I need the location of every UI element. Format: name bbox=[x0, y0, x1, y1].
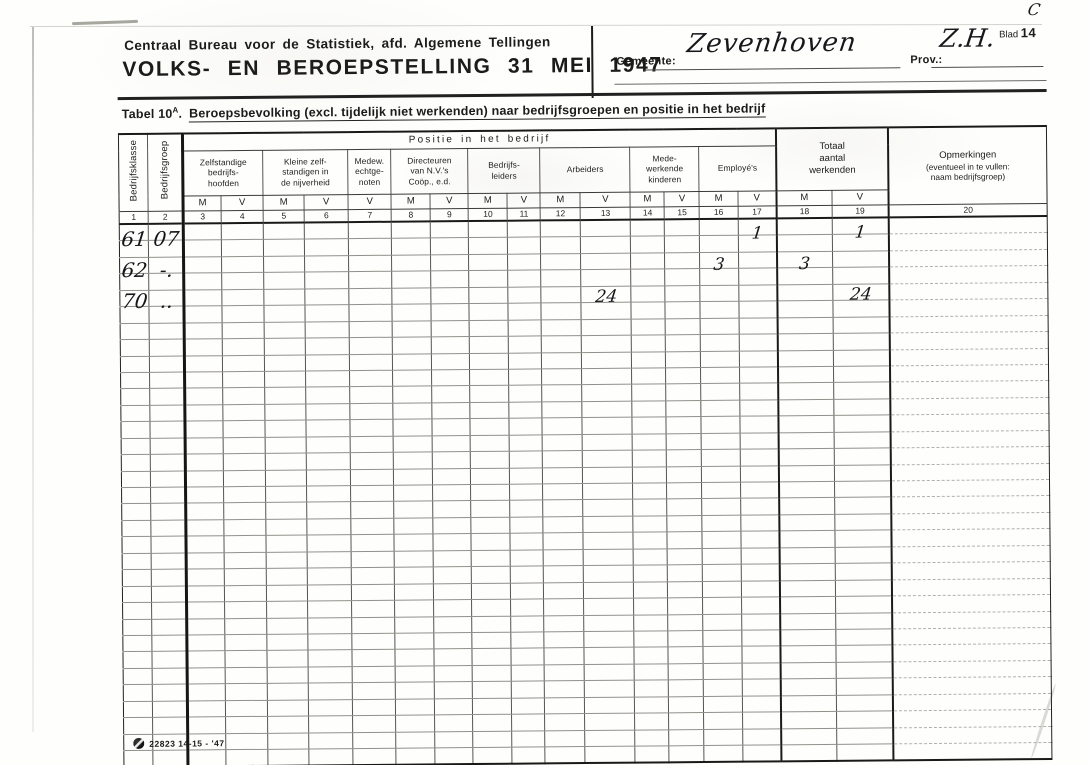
grid-cell bbox=[633, 549, 667, 566]
grid-cell bbox=[305, 305, 349, 322]
grid-cell bbox=[544, 664, 584, 681]
grid-cell bbox=[396, 731, 435, 748]
grid-cell bbox=[432, 369, 470, 386]
grid-cell bbox=[349, 272, 392, 289]
column-number: 7 bbox=[348, 209, 391, 222]
grid-cell bbox=[186, 520, 224, 537]
grid-cell bbox=[833, 399, 890, 416]
grid-cell bbox=[667, 515, 702, 532]
grid-cell bbox=[834, 415, 891, 432]
grid-cell bbox=[634, 664, 668, 681]
scanned-form: Centraal Bureau voor de Statistiek, afd.… bbox=[0, 0, 1090, 765]
grid-cell bbox=[666, 400, 701, 417]
grid-cell bbox=[544, 599, 584, 616]
grid-cell bbox=[836, 645, 893, 662]
grid-cell bbox=[669, 696, 704, 713]
grid-cell bbox=[893, 710, 1051, 728]
grid-cell bbox=[187, 684, 225, 701]
grid-cell bbox=[432, 452, 470, 469]
grid-cell bbox=[669, 729, 704, 746]
grid-cell bbox=[149, 290, 184, 307]
grid-cell bbox=[226, 749, 268, 765]
grid-cell bbox=[633, 483, 667, 500]
column-group-header: Medew.echtge-noten bbox=[348, 149, 391, 194]
grid-cell bbox=[432, 402, 470, 419]
grid-cell bbox=[542, 352, 582, 369]
grid-cell bbox=[835, 596, 892, 613]
grid-cell bbox=[834, 432, 891, 449]
grid-cell bbox=[632, 351, 666, 368]
grid-cell bbox=[781, 695, 836, 712]
grid-cell bbox=[583, 467, 633, 484]
column-number: 16 bbox=[700, 206, 738, 219]
grid-cell bbox=[393, 353, 432, 370]
grid-cell bbox=[395, 666, 434, 683]
grid-cell bbox=[186, 487, 224, 504]
grid-cell bbox=[434, 632, 472, 649]
grid-cell bbox=[542, 336, 582, 353]
grid-cell bbox=[222, 289, 264, 306]
mv-header: V bbox=[507, 192, 540, 207]
grid-cell bbox=[393, 403, 432, 420]
grid-cell bbox=[668, 647, 703, 664]
column-group-header: Zelfstandigebedrijfs-hoofden bbox=[183, 150, 263, 196]
grid-cell bbox=[151, 503, 186, 520]
grid-cell bbox=[266, 502, 307, 519]
imprint: 22823 14-15 - '47 bbox=[133, 737, 224, 749]
blad-annotation-handwritten: C bbox=[1026, 0, 1041, 19]
grid-cell bbox=[836, 695, 893, 712]
grid-cell bbox=[832, 217, 889, 234]
grid-cell bbox=[545, 697, 585, 714]
grid-cell bbox=[267, 650, 308, 667]
grid-cell bbox=[349, 255, 392, 272]
grid-cell bbox=[585, 680, 635, 697]
grid-cell bbox=[836, 744, 893, 761]
grid-cell bbox=[836, 662, 893, 679]
prov-value-handwritten: Z.H. bbox=[938, 23, 996, 53]
grid-cell bbox=[392, 255, 431, 272]
grid-cell bbox=[150, 438, 185, 455]
grid-cell bbox=[151, 536, 186, 553]
grid-cell bbox=[631, 269, 665, 286]
grid-cell bbox=[121, 389, 150, 406]
grid-cell bbox=[224, 519, 266, 536]
grid-cell bbox=[584, 582, 634, 599]
grid-cell bbox=[435, 715, 473, 732]
grid-cell bbox=[581, 220, 631, 237]
grid-cell bbox=[512, 681, 545, 698]
grid-cell bbox=[266, 552, 307, 569]
grid-cell bbox=[833, 300, 890, 317]
grid-cell bbox=[541, 286, 581, 303]
grid-cell bbox=[739, 416, 778, 433]
grid-cell bbox=[431, 304, 469, 321]
form-title: VOLKS- EN BEROEPSTELLING 31 MEI 1947 bbox=[122, 53, 662, 82]
grid-cell bbox=[267, 601, 308, 618]
grid-cell bbox=[668, 548, 703, 565]
grid-cell bbox=[470, 435, 509, 452]
grid-cell bbox=[781, 679, 836, 696]
grid-cell bbox=[781, 646, 836, 663]
grid-cell bbox=[582, 352, 632, 369]
table-number: Tabel 10 bbox=[122, 107, 173, 121]
grid-cell bbox=[702, 466, 740, 483]
grid-cell bbox=[308, 650, 352, 667]
grid-cell bbox=[148, 240, 183, 257]
grid-cell bbox=[184, 339, 222, 356]
grid-cell bbox=[308, 634, 352, 651]
grid-cell bbox=[779, 514, 834, 531]
grid-cell bbox=[701, 351, 739, 368]
census-table-wrap: BedrijfsklasseBedrijfsgroepPositie in he… bbox=[118, 125, 1053, 765]
grid-cell bbox=[667, 466, 702, 483]
grid-cell bbox=[779, 498, 834, 515]
grid-cell bbox=[742, 745, 781, 762]
grid-cell bbox=[581, 319, 631, 336]
grid-cell bbox=[511, 648, 544, 665]
printer-mark-icon bbox=[133, 738, 144, 749]
grid-cell bbox=[470, 369, 509, 386]
grid-cell bbox=[186, 569, 224, 586]
grid-cell bbox=[266, 568, 307, 585]
grid-cell bbox=[185, 421, 223, 438]
grid-cell bbox=[509, 352, 542, 369]
grid-cell bbox=[393, 436, 432, 453]
grid-cell bbox=[510, 451, 543, 468]
grid-cell bbox=[581, 237, 631, 254]
grid-cell bbox=[779, 465, 834, 482]
grid-cell bbox=[184, 257, 222, 274]
bedrijfsgroep-column-header: Bedrijfsgroep bbox=[147, 134, 183, 211]
grid-cell bbox=[892, 529, 1050, 547]
grid-cell bbox=[434, 665, 472, 682]
grid-cell bbox=[123, 701, 152, 718]
grid-cell bbox=[834, 514, 891, 531]
grid-cell bbox=[348, 222, 391, 239]
grid-cell bbox=[152, 619, 187, 636]
grid-cell bbox=[701, 416, 739, 433]
grid-cell bbox=[512, 730, 545, 747]
grid-cell bbox=[738, 268, 777, 285]
grid-cell bbox=[890, 381, 1048, 399]
grid-cell bbox=[433, 550, 471, 567]
grid-cell bbox=[225, 618, 267, 635]
grid-cell bbox=[431, 238, 469, 255]
grid-cell bbox=[703, 597, 741, 614]
grid-cell bbox=[264, 338, 305, 355]
grid-cell bbox=[631, 286, 665, 303]
grid-cell bbox=[509, 336, 542, 353]
grid-cell bbox=[187, 651, 225, 668]
grid-cell bbox=[742, 728, 781, 745]
grid-cell bbox=[665, 219, 700, 236]
census-table: BedrijfsklasseBedrijfsgroepPositie in he… bbox=[118, 125, 1053, 765]
grid-cell bbox=[121, 422, 150, 439]
grid-cell bbox=[394, 501, 433, 518]
grid-cell bbox=[124, 717, 153, 734]
grid-cell bbox=[307, 535, 351, 552]
column-group-header: Mede-werkendekinderen bbox=[630, 146, 699, 192]
grid-cell bbox=[223, 437, 265, 454]
grid-cell bbox=[121, 438, 150, 455]
grid-cell bbox=[543, 484, 583, 501]
blad-number-value: 14 bbox=[1021, 25, 1037, 40]
grid-cell bbox=[740, 449, 779, 466]
grid-cell bbox=[738, 252, 777, 269]
grid-cell bbox=[890, 348, 1048, 366]
grid-cell bbox=[264, 354, 305, 371]
grid-cell bbox=[738, 218, 777, 235]
grid-cell bbox=[265, 371, 306, 388]
grid-cell bbox=[473, 681, 512, 698]
grid-cell bbox=[473, 714, 512, 731]
grid-cell bbox=[632, 335, 666, 352]
grid-cell bbox=[778, 416, 833, 433]
grid-cell bbox=[351, 567, 394, 584]
grid-cell bbox=[701, 384, 739, 401]
grid-cell bbox=[352, 617, 395, 634]
grid-cell bbox=[634, 631, 668, 648]
grid-cell bbox=[889, 233, 1047, 251]
grid-cell bbox=[351, 518, 394, 535]
grid-cell bbox=[469, 303, 508, 320]
grid-cell bbox=[392, 238, 431, 255]
grid-cell bbox=[632, 401, 666, 418]
grid-cell bbox=[185, 388, 223, 405]
grid-cell bbox=[433, 517, 471, 534]
grid-cell bbox=[121, 471, 150, 488]
grid-cell bbox=[309, 716, 353, 733]
grid-cell bbox=[509, 418, 542, 435]
grid-cell bbox=[152, 635, 187, 652]
grid-cell bbox=[835, 629, 892, 646]
grid-cell bbox=[224, 503, 266, 520]
grid-cell bbox=[307, 486, 351, 503]
grid-cell bbox=[431, 287, 469, 304]
grid-cell bbox=[778, 317, 833, 334]
grid-cell bbox=[583, 516, 633, 533]
grid-cell bbox=[188, 750, 226, 765]
mv-header: V bbox=[832, 189, 889, 204]
grid-cell bbox=[308, 617, 352, 634]
grid-cell bbox=[582, 335, 632, 352]
grid-cell bbox=[666, 351, 701, 368]
grid-cell bbox=[350, 452, 393, 469]
grid-cell bbox=[470, 386, 509, 403]
opmerkingen-header: Opmerkingen(eventueel in te vullen:naam … bbox=[888, 126, 1047, 204]
grid-cell bbox=[633, 450, 667, 467]
grid-cell bbox=[777, 235, 832, 252]
grid-cell bbox=[835, 547, 892, 564]
grid-cell bbox=[472, 566, 511, 583]
grid-cell bbox=[394, 551, 433, 568]
grid-cell bbox=[582, 417, 632, 434]
grid-cell bbox=[308, 666, 352, 683]
grid-cell bbox=[305, 255, 349, 272]
grid-cell bbox=[185, 470, 223, 487]
grid-cell bbox=[472, 616, 511, 633]
grid-cell bbox=[631, 253, 665, 270]
grid-cell bbox=[832, 234, 889, 251]
grid-cell bbox=[511, 599, 544, 616]
grid-cell bbox=[120, 339, 149, 356]
grid-cell bbox=[741, 630, 780, 647]
grid-cell bbox=[835, 612, 892, 629]
grid-cell bbox=[668, 598, 703, 615]
grid-cell bbox=[305, 288, 349, 305]
grid-cell bbox=[123, 602, 152, 619]
grid-cell bbox=[392, 288, 431, 305]
grid-cell bbox=[432, 419, 470, 436]
grid-cell bbox=[186, 503, 224, 520]
grid-cell bbox=[268, 716, 309, 733]
grid-cell bbox=[223, 421, 265, 438]
grid-cell bbox=[394, 468, 433, 485]
grid-cell bbox=[223, 453, 265, 470]
column-number: 8 bbox=[391, 208, 430, 221]
grid-cell bbox=[264, 272, 305, 289]
grid-cell bbox=[631, 302, 665, 319]
grid-cell bbox=[512, 698, 545, 715]
grid-cell bbox=[304, 222, 348, 239]
grid-cell bbox=[704, 696, 742, 713]
grid-cell bbox=[226, 716, 268, 733]
grid-cell bbox=[222, 273, 264, 290]
grid-cell bbox=[435, 731, 473, 748]
grid-cell bbox=[396, 748, 435, 765]
grid-cell bbox=[666, 335, 701, 352]
grid-cell bbox=[186, 585, 224, 602]
grid-cell bbox=[778, 383, 833, 400]
grid-cell bbox=[666, 367, 701, 384]
grid-cell bbox=[148, 224, 183, 241]
grid-cell bbox=[120, 290, 149, 307]
grid-cell bbox=[891, 496, 1049, 514]
mv-header: V bbox=[737, 190, 776, 205]
header-divider bbox=[591, 26, 594, 98]
grid-cell bbox=[508, 220, 541, 237]
grid-cell bbox=[541, 270, 581, 287]
grid-cell bbox=[738, 235, 777, 252]
grid-cell bbox=[225, 634, 267, 651]
grid-cell bbox=[265, 387, 306, 404]
grid-cell bbox=[893, 726, 1051, 744]
grid-cell bbox=[470, 418, 509, 435]
grid-cell bbox=[185, 454, 223, 471]
grid-cell bbox=[150, 454, 185, 471]
grid-cell bbox=[473, 698, 512, 715]
column-group-header: Employé's bbox=[699, 145, 776, 191]
grid-cell bbox=[889, 282, 1047, 300]
grid-cell bbox=[122, 586, 151, 603]
grid-cell bbox=[635, 746, 669, 763]
mv-header: M bbox=[630, 191, 664, 206]
grid-cell bbox=[508, 237, 541, 254]
grid-cell bbox=[512, 714, 545, 731]
grid-cell bbox=[152, 668, 187, 685]
grid-cell bbox=[836, 678, 893, 695]
grid-cell bbox=[542, 369, 582, 386]
grid-cell bbox=[584, 664, 634, 681]
column-number: 9 bbox=[430, 208, 468, 221]
grid-cell bbox=[308, 584, 352, 601]
grid-cell bbox=[120, 257, 149, 274]
grid-cell bbox=[150, 388, 185, 405]
grid-cell bbox=[741, 597, 780, 614]
grid-cell bbox=[634, 647, 668, 664]
grid-cell bbox=[780, 580, 835, 597]
grid-cell bbox=[263, 222, 304, 239]
grid-cell bbox=[582, 385, 632, 402]
column-group-header: Arbeiders bbox=[540, 147, 630, 193]
grid-cell bbox=[741, 564, 780, 581]
grid-cell bbox=[634, 598, 668, 615]
grid-cell bbox=[511, 615, 544, 632]
grid-cell bbox=[508, 270, 541, 287]
grid-cell bbox=[468, 221, 507, 238]
grid-cell bbox=[738, 301, 777, 318]
grid-cell bbox=[353, 699, 396, 716]
grid-cell bbox=[471, 517, 510, 534]
bedrijfsklasse-column-header: Bedrijfsklasse bbox=[118, 134, 148, 211]
grid-cell bbox=[187, 602, 225, 619]
grid-cell bbox=[432, 353, 470, 370]
grid-cell bbox=[434, 682, 472, 699]
grid-cell bbox=[777, 301, 832, 318]
grid-cell bbox=[891, 414, 1049, 432]
grid-cell bbox=[149, 273, 184, 290]
grid-cell bbox=[123, 685, 152, 702]
grid-cell bbox=[433, 534, 471, 551]
grid-cell bbox=[665, 236, 700, 253]
grid-cell bbox=[632, 384, 666, 401]
grid-cell bbox=[431, 320, 469, 337]
grid-cell bbox=[669, 663, 704, 680]
grid-cell bbox=[833, 382, 890, 399]
grid-cell bbox=[349, 321, 392, 338]
grid-cell bbox=[583, 549, 633, 566]
grid-cell bbox=[265, 420, 306, 437]
grid-cell bbox=[665, 269, 700, 286]
column-number: 17 bbox=[738, 205, 777, 218]
grid-cell bbox=[544, 631, 584, 648]
grid-cell bbox=[470, 451, 509, 468]
grid-cell bbox=[583, 532, 633, 549]
grid-cell bbox=[265, 437, 306, 454]
grid-cell bbox=[889, 216, 1047, 234]
grid-cell bbox=[151, 553, 186, 570]
grid-cell bbox=[305, 239, 349, 256]
grid-cell bbox=[431, 271, 469, 288]
grid-cell bbox=[225, 601, 267, 618]
grid-cell bbox=[835, 563, 892, 580]
grid-cell bbox=[893, 742, 1051, 760]
grid-cell bbox=[702, 515, 740, 532]
column-group-header: Kleine zelf-standigen inde nijverheid bbox=[263, 149, 348, 195]
grid-cell bbox=[119, 224, 148, 241]
grid-cell bbox=[392, 337, 431, 354]
grid-cell bbox=[470, 353, 509, 370]
grid-cell bbox=[308, 601, 352, 618]
grid-cell bbox=[396, 699, 435, 716]
grid-cell bbox=[352, 650, 395, 667]
grid-cell bbox=[120, 307, 149, 324]
grid-cell bbox=[153, 717, 188, 734]
grid-cell bbox=[151, 586, 186, 603]
grid-cell bbox=[632, 368, 666, 385]
mv-header: V bbox=[348, 194, 391, 209]
